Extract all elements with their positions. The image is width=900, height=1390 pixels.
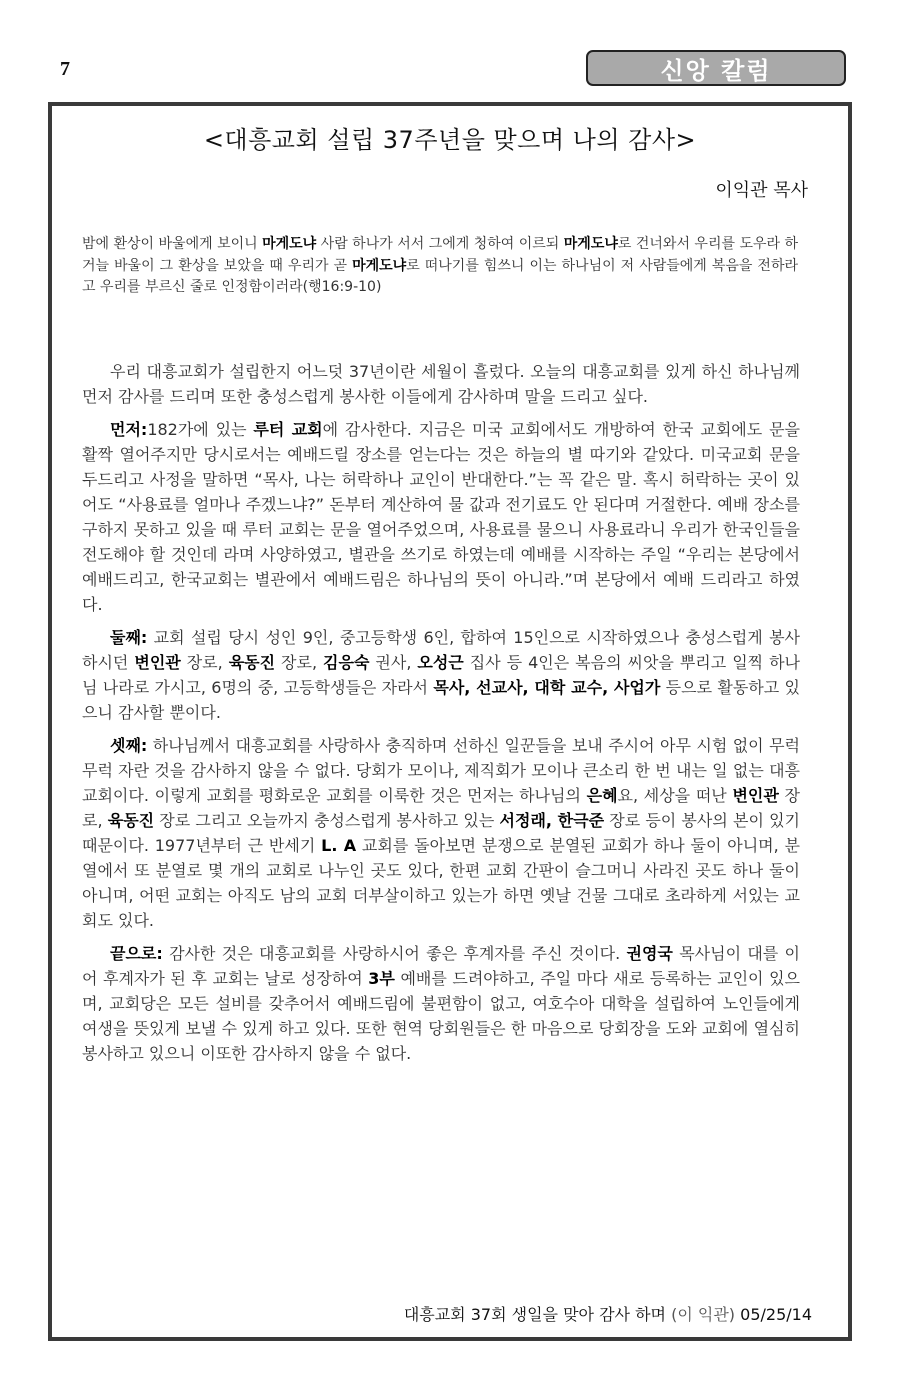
paragraph-label: 끝으로: — [110, 944, 163, 963]
verse-highlight: 마게도냐 — [564, 236, 618, 252]
emphasis: 변인관 — [732, 786, 778, 805]
article-frame: <대흥교회 설립 37주년을 맞으며 나의 감사> 이익관 목사 밤에 환상이 … — [48, 102, 852, 1341]
paragraph-text: 감사한 것은 대흥교회를 사랑하시어 좋은 후계자를 주신 것이다. — [163, 944, 627, 963]
emphasis: 오성근 — [417, 653, 463, 672]
emphasis: 은혜 — [587, 786, 618, 805]
emphasis: 3부 — [368, 969, 395, 988]
section-badge: 신앙 칼럼 — [586, 50, 846, 86]
emphasis: 김응숙 — [323, 653, 369, 672]
verse-text: 사람 하나가 서서 그에게 청하여 이르되 — [316, 236, 564, 252]
verse-highlight: 마게도냐 — [352, 258, 406, 274]
verse-text: 밤에 환상이 바울에게 보이니 — [82, 236, 262, 252]
paragraph-text: 장로, — [181, 653, 229, 672]
first-paragraph: 먼저:182가에 있는 루터 교회에 감사한다. 지금은 미국 교회에서도 개방… — [82, 417, 800, 617]
emphasis: 육동진 — [229, 653, 275, 672]
article-title: <대흥교회 설립 37주년을 맞으며 나의 감사> — [52, 120, 848, 155]
third-paragraph: 셋째: 하나님께서 대흥교회를 사랑하사 충직하며 선하신 일꾼들을 보내 주시… — [82, 733, 800, 933]
last-paragraph: 끝으로: 감사한 것은 대흥교회를 사랑하시어 좋은 후계자를 주신 것이다. … — [82, 941, 800, 1066]
page-number: 7 — [60, 58, 70, 81]
paragraph-text: 요, 세상을 떠난 — [618, 786, 733, 805]
verse-highlight: 마게도냐 — [262, 236, 316, 252]
paragraph-text: 장로, — [275, 653, 323, 672]
emphasis: 육동진 — [108, 811, 154, 830]
emphasis: 변인관 — [134, 653, 180, 672]
emphasis: L. A — [321, 836, 356, 855]
signature-name: (이 익관) — [671, 1305, 735, 1324]
paragraph-text: 에 감사한다. 지금은 미국 교회에서도 개방하여 한국 교회에도 문을 활짝 … — [82, 420, 800, 614]
paragraph-label: 먼저: — [110, 420, 147, 439]
second-paragraph: 둘째: 교회 설립 당시 성인 9인, 중고등학생 6인, 합하여 15인으로 … — [82, 625, 800, 725]
emphasis: 목사, 선교사, 대학 교수, 사업가 — [433, 678, 660, 697]
emphasis: 루터 교회 — [253, 420, 322, 439]
signature-text: 대흥교회 37회 생일을 맞아 감사 하며 — [404, 1305, 666, 1324]
signature-line: 대흥교회 37회 생일을 맞아 감사 하며 (이 익관) 05/25/14 — [404, 1302, 812, 1325]
article-author: 이익관 목사 — [715, 176, 808, 202]
scripture-verse: 밤에 환상이 바울에게 보이니 마게도냐 사람 하나가 서서 그에게 청하여 이… — [82, 234, 798, 299]
paragraph-text: 권사, — [369, 653, 417, 672]
paragraph-label: 셋째: — [110, 736, 147, 755]
emphasis: 서정래, 한극준 — [500, 811, 605, 830]
intro-paragraph: 우리 대흥교회가 설립한지 어느덧 37년이란 세월이 흘렀다. 오늘의 대흥교… — [82, 359, 800, 409]
emphasis: 권영국 — [627, 944, 673, 963]
signature-date: 05/25/14 — [740, 1305, 812, 1324]
article-body: 우리 대흥교회가 설립한지 어느덧 37년이란 세월이 흘렀다. 오늘의 대흥교… — [82, 359, 800, 1074]
paragraph-text: 182가에 있는 — [147, 420, 253, 439]
paragraph-label: 둘째: — [110, 628, 147, 647]
paragraph-text: 장로 그리고 오늘까지 충성스럽게 봉사하고 있는 — [154, 811, 499, 830]
section-label: 신앙 칼럼 — [660, 51, 771, 86]
